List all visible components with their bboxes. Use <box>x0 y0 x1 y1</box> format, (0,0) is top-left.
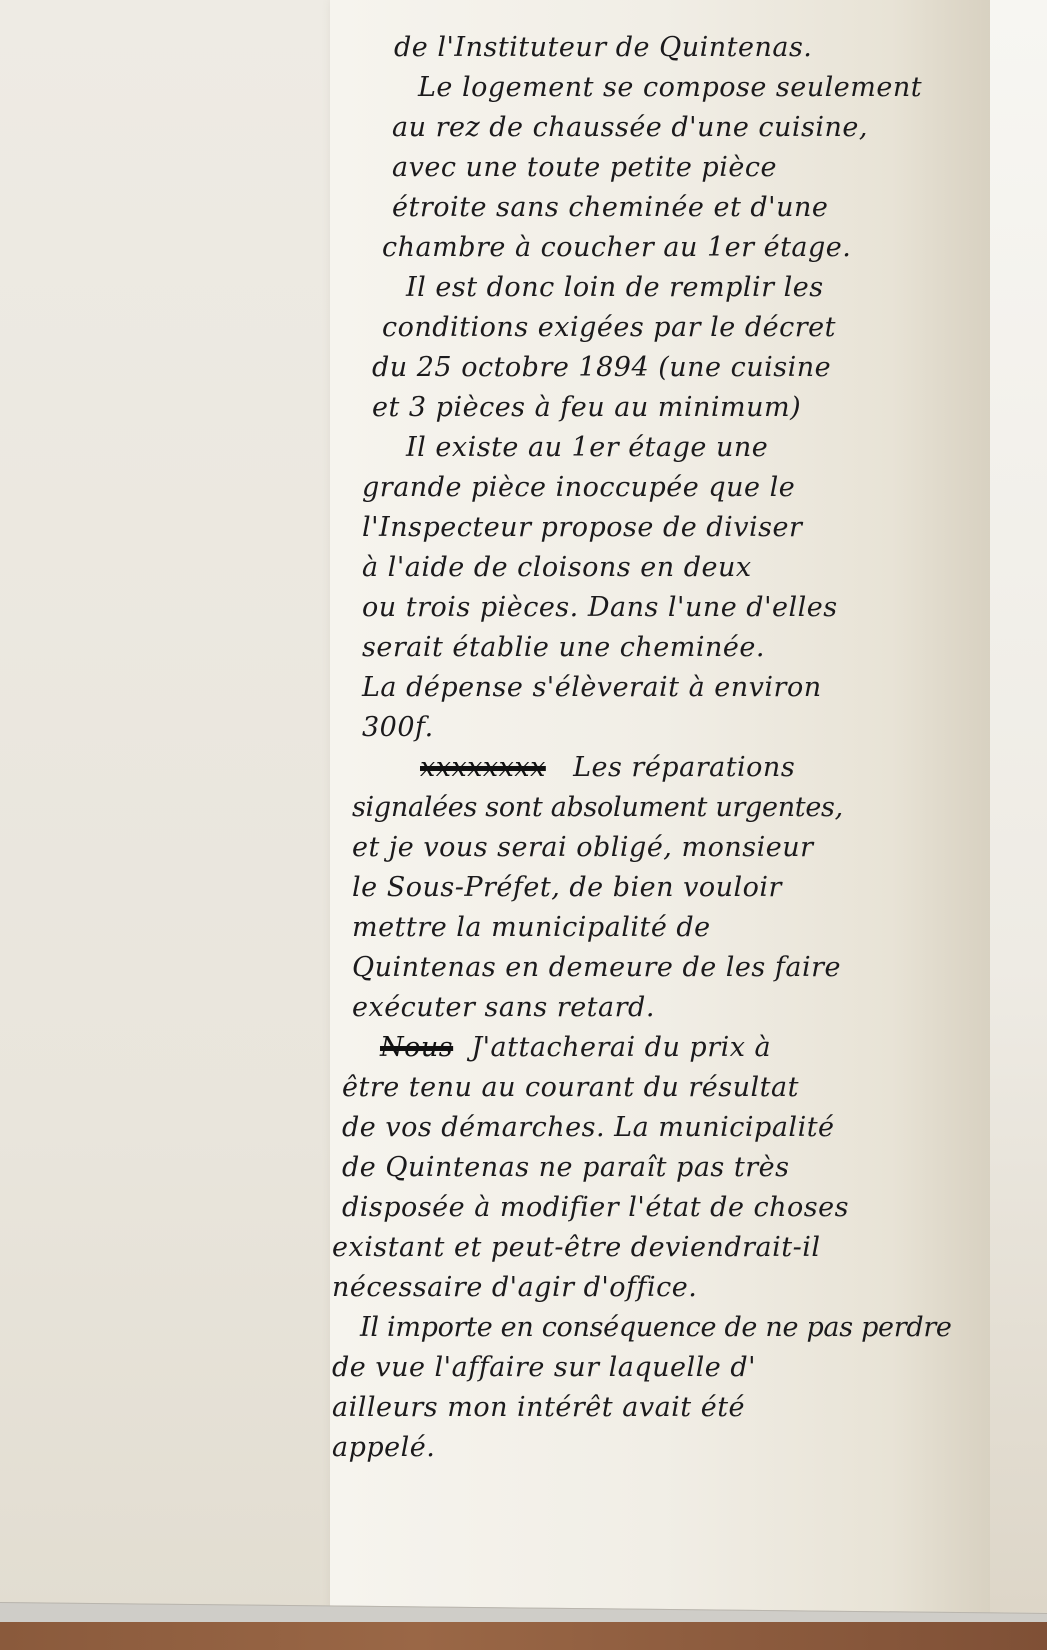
manuscript-line: exécuter sans retard. <box>320 988 980 1028</box>
manuscript-line: disposée à modifier l'état de choses <box>320 1188 980 1228</box>
manuscript-line: Il existe au 1er étage une <box>320 428 980 468</box>
manuscript-line: au rez de chaussée d'une cuisine, <box>320 108 980 148</box>
manuscript-line: Il importe en conséquence de ne pas perd… <box>320 1308 980 1348</box>
wooden-table-surface <box>0 1622 1047 1650</box>
right-page-margin <box>990 0 1047 1612</box>
manuscript-line: conditions exigées par le décret <box>320 308 980 348</box>
manuscript-line: de Quintenas ne paraît pas très <box>320 1148 980 1188</box>
handwritten-text-block: de l'Instituteur de Quintenas. Le logeme… <box>320 28 980 1468</box>
manuscript-line: appelé. <box>320 1428 980 1468</box>
manuscript-line: Le logement se compose seulement <box>320 68 980 108</box>
manuscript-line: de l'Instituteur de Quintenas. <box>320 28 980 68</box>
manuscript-line: Il est donc loin de remplir les <box>320 268 980 308</box>
manuscript-line: et je vous serai obligé, monsieur <box>320 828 980 868</box>
manuscript-line: 300f. <box>320 708 980 748</box>
manuscript-line: de vos démarches. La municipalité <box>320 1108 980 1148</box>
manuscript-line: ou trois pièces. Dans l'une d'elles <box>320 588 980 628</box>
manuscript-line: ailleurs mon intérêt avait été <box>320 1388 980 1428</box>
struck-out-word: xxxxxxxx <box>420 752 546 783</box>
manuscript-line: et 3 pièces à feu au minimum) <box>320 388 980 428</box>
manuscript-line-text: J'attacherai du prix à <box>471 1032 771 1063</box>
manuscript-line: mettre la municipalité de <box>320 908 980 948</box>
manuscript-line: le Sous-Préfet, de bien vouloir <box>320 868 980 908</box>
struck-out-word: Nous <box>380 1032 453 1063</box>
manuscript-line: de vue l'affaire sur laquelle d' <box>320 1348 980 1388</box>
manuscript-line: Quintenas en demeure de les faire <box>320 948 980 988</box>
manuscript-line: grande pièce inoccupée que le <box>320 468 980 508</box>
manuscript-line: nécessaire d'agir d'office. <box>320 1268 980 1308</box>
manuscript-line: signalées sont absolument urgentes, <box>320 788 980 828</box>
manuscript-line: chambre à coucher au 1er étage. <box>320 228 980 268</box>
manuscript-line: être tenu au courant du résultat <box>320 1068 980 1108</box>
manuscript-line-with-strikeout: xxxxxxxx Les réparations <box>320 748 980 788</box>
manuscript-line: étroite sans cheminée et d'une <box>320 188 980 228</box>
manuscript-line: La dépense s'élèverait à environ <box>320 668 980 708</box>
manuscript-line: du 25 octobre 1894 (une cuisine <box>320 348 980 388</box>
manuscript-line: serait établie une cheminée. <box>320 628 980 668</box>
manuscript-line: à l'aide de cloisons en deux <box>320 548 980 588</box>
manuscript-line-with-strikeout: Nous J'attacherai du prix à <box>320 1028 980 1068</box>
manuscript-line: l'Inspecteur propose de diviser <box>320 508 980 548</box>
manuscript-line: avec une toute petite pièce <box>320 148 980 188</box>
manuscript-line-text: Les réparations <box>573 752 795 783</box>
manuscript-line: existant et peut-être deviendrait-il <box>320 1228 980 1268</box>
